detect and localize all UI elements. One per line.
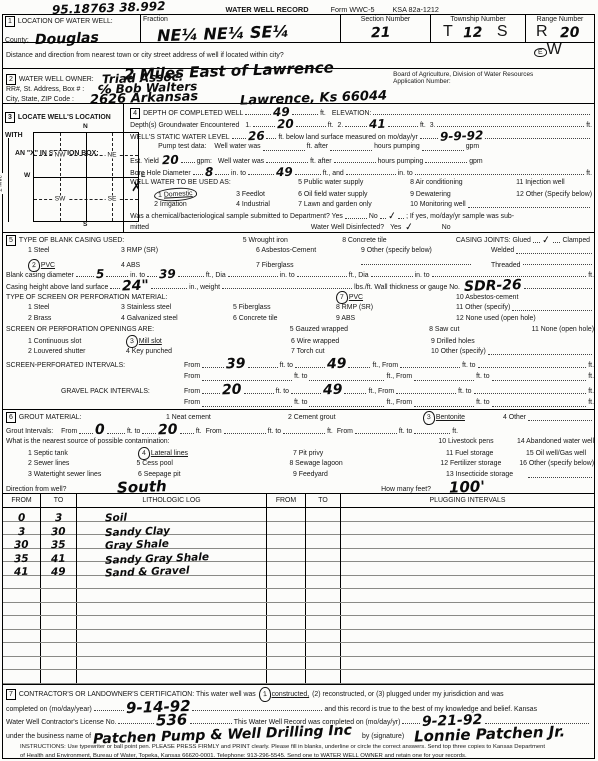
openings-title: SCREEN OR PERFORATION OPENINGS ARE:	[6, 324, 290, 335]
use-row-1: WELL WATER TO BE USED AS: 5 Public water…	[127, 177, 592, 188]
gravel-interval-to: 49	[323, 384, 343, 398]
owner-block: 2WATER WELL OWNER: Triad Assoc. RR#, St.…	[3, 69, 390, 103]
table-row-empty	[3, 616, 594, 630]
signature-label: by (signature)	[362, 729, 404, 744]
screen-selected-circle: 7	[336, 291, 349, 305]
grout-selected-number: 3	[427, 414, 431, 421]
form-header: 95.18763 38.992 WATER WELL RECORD Form W…	[0, 1, 598, 14]
quadrant-divider-horizontal	[34, 177, 138, 178]
section-number-value: 21	[371, 25, 391, 42]
section-3-4: 3LOCATE WELL'S LOCATION WITH AN "X" IN S…	[3, 104, 594, 233]
distance-row: Distance and direction from nearest town…	[3, 42, 594, 68]
option-item: 4 Key punched	[126, 346, 291, 357]
litho-from: 41	[14, 567, 29, 579]
table-row-empty	[3, 630, 594, 644]
height-value: 24"	[122, 280, 149, 293]
quadrant-nw: NW	[53, 152, 68, 159]
distance-label: Distance and direction from nearest town…	[6, 52, 284, 59]
section-1-number: 1	[5, 16, 15, 27]
screen-selected-name: PVC	[349, 294, 363, 301]
contamination-label: What is the nearest source of possible c…	[6, 436, 438, 447]
litho-from: 35	[14, 553, 29, 565]
option-item: 4 Industrial	[236, 199, 298, 210]
sample-post-2: mitted	[130, 222, 149, 233]
section-7-certification: 7CONTRACTOR'S OR LANDOWNER'S CERTIFICATI…	[3, 685, 594, 761]
township-suffix: S	[497, 23, 508, 40]
openings-selected-name: Mill slot	[139, 338, 162, 345]
disinfected-yes-label: Yes	[390, 222, 401, 233]
table-row: 0 3 Soil	[3, 508, 594, 522]
ft-to-label: ft. to	[294, 396, 307, 409]
use-selected-name: Domestic	[164, 190, 193, 198]
table-row: 35 41 Sandy Gray Shale	[3, 549, 594, 563]
ft-end-label: ft.	[588, 396, 594, 409]
agency-block: Board of Agriculture, Division of Water …	[390, 69, 594, 103]
contamination-header-line: What is the nearest source of possible c…	[3, 436, 594, 447]
diameter-value: 5	[96, 268, 105, 280]
option-item: 2 Louvered shutter	[28, 346, 126, 357]
grout-material-line: 6GROUT MATERIAL: 1 Neat cement 2 Cement …	[3, 411, 594, 423]
option-item: 10 Livestock pens	[438, 436, 517, 447]
section-box-diagram: N W E S NW NE SW SE ✗	[33, 132, 139, 222]
disinfected-yes-check: ✓	[405, 221, 415, 233]
table-row: 30 35 Gray Shale	[3, 535, 594, 549]
casing-row-2: 1 Steel 3 RMP (SR) 6 Asbestos-Cement 9 O…	[3, 245, 594, 256]
column-header-from-2: FROM	[267, 494, 306, 507]
contamination-row-1: 1 Septic tank 4Lateral lines 7 Pit privy…	[3, 447, 594, 458]
disinfected-no-label: No	[442, 222, 451, 233]
option-item: 1 Steel	[28, 245, 121, 256]
option-item: 6 Concrete tile	[233, 313, 336, 324]
certification-line-1: 7CONTRACTOR'S OR LANDOWNER'S CERTIFICATI…	[6, 687, 591, 700]
screen-interval-to: 49	[327, 358, 347, 372]
section-number-label: Section Number	[343, 16, 428, 23]
compass-west: W	[24, 172, 30, 179]
column-header-from: FROM	[3, 494, 41, 507]
table-row-empty	[3, 576, 594, 590]
screen-intervals-label: SCREEN-PERFORATED INTERVALS:	[6, 359, 184, 372]
option-item: 8 Saw cut	[429, 324, 532, 335]
section-square: NW NE SW SE ✗	[33, 132, 139, 222]
range-cell: Range Number R 20 EW	[525, 15, 594, 42]
instructions-line-2: of Health and Environment, Bureau of Wat…	[20, 753, 467, 759]
mile-label: 1 Mile	[0, 173, 4, 194]
option-item: 6 Asbestos-Cement	[256, 245, 361, 256]
disinfected-line: mitted Water Well Disinfected? Yes ✓ No	[127, 221, 592, 232]
direction-line: Direction from well? South How many feet…	[3, 480, 594, 493]
litho-to: 30	[51, 526, 66, 538]
option-item: 8 RMP (SR)	[336, 302, 456, 313]
contamination-selected-name: Lateral lines	[151, 450, 188, 457]
pump-test-line: Pump test data: Well water was ft. after…	[127, 141, 592, 153]
contamination-selected-circle: 4	[138, 447, 151, 461]
contamination-row-2: 2 Sewer lines 5 Cess pool 8 Sewage lagoo…	[3, 458, 594, 469]
table-row: 3 30 Sandy Clay	[3, 522, 594, 536]
use-selected-number: 1	[158, 192, 162, 199]
section-6-number: 6	[6, 412, 16, 423]
option-item: 9 Feedyard	[293, 469, 446, 480]
ft-to-label: ft. to	[276, 385, 289, 398]
litho-description: Sandy Clay	[105, 525, 170, 538]
township-cell: Township Number T 12 S	[430, 15, 525, 42]
form-statute: KSA 82a-1212	[393, 5, 439, 14]
screen-interval-line-1: SCREEN-PERFORATED INTERVALS: From 39 ft.…	[3, 357, 594, 370]
litho-to: 35	[51, 540, 66, 552]
column-header-plugging-intervals: PLUGGING INTERVALS	[341, 494, 594, 507]
litho-from: 3	[18, 526, 26, 537]
option-item: 11 Injection well	[516, 177, 565, 188]
column-header-lithologic-log: LITHOLOGIC LOG	[77, 494, 267, 507]
litho-description: Gray Shale	[105, 539, 169, 552]
constructed-label: constructed,	[272, 688, 310, 701]
table-header: FROM TO LITHOLOGIC LOG FROM TO PLUGGING …	[3, 494, 594, 508]
openings-selected-circle: 3	[126, 335, 139, 349]
ft-to-label: ft. to	[476, 396, 489, 409]
option-item: 2 Cement grout	[288, 412, 423, 424]
ft-from-label: ft., From	[386, 396, 412, 409]
column-header-to-2: TO	[306, 494, 341, 507]
casing-selected-name: PVC	[41, 262, 55, 269]
section-4-depth: 4DEPTH OF COMPLETED WELL 49 ft. ELEVATIO…	[124, 104, 594, 232]
certification-pre: CONTRACTOR'S OR LANDOWNER'S CERTIFICATIO…	[19, 691, 256, 698]
completed-on-label: completed on (mo/day/year)	[6, 703, 92, 716]
depth-label: DEPTH OF COMPLETED WELL	[143, 110, 243, 117]
section-2-number: 2	[6, 74, 16, 85]
grout-other-label: 4 Other	[503, 412, 526, 424]
sample-post: ; If yes, mo/day/yr sample was sub-	[406, 211, 514, 222]
table-row-empty	[3, 603, 594, 617]
owner-label: WATER WELL OWNER:	[19, 76, 94, 83]
compass-east: E	[141, 172, 145, 179]
litho-to: 3	[55, 513, 63, 524]
option-item: 7 Lawn and garden only	[298, 199, 410, 210]
range-prefix: R	[536, 23, 548, 40]
option-item: 1 Steel	[28, 302, 121, 313]
well-x-mark: ✗	[131, 180, 142, 195]
depth-line: 4DEPTH OF COMPLETED WELL 49 ft. ELEVATIO…	[127, 105, 592, 117]
city-label: City, State, ZIP Code :	[6, 96, 74, 103]
quadrant-se: SE	[106, 196, 119, 203]
joints-welded-label: Welded	[491, 245, 514, 256]
ft-from-label: ft., From	[386, 370, 412, 383]
gw-depth-2: 41	[369, 118, 386, 131]
casing-selected-number: 2	[32, 262, 36, 269]
litho-to: 49	[51, 567, 66, 579]
signature-value: Lonnie Patchen Jr.	[414, 724, 566, 744]
pump-after-label: ft. after	[307, 141, 328, 153]
use-row-3: 2 Irrigation 4 Industrial 7 Lawn and gar…	[127, 199, 592, 210]
gravel-pack-label: GRAVEL PACK INTERVALS:	[6, 385, 184, 398]
diameter-depth-value: 39	[159, 268, 176, 281]
grout-intervals-line: Grout Intervals: From 0 ft. to 20 ft. Fr…	[3, 423, 594, 436]
from-label: From	[184, 396, 200, 409]
option-item: 11 Other (specify)	[456, 302, 510, 313]
quadrant-sw: SW	[53, 196, 68, 203]
form-body: 1LOCATION OF WATER WELL: County: Douglas…	[2, 14, 595, 759]
ft-to-label: ft. to	[280, 359, 293, 372]
openings-row-1: 1 Continuous slot 3Mill slot 6 Wire wrap…	[3, 335, 594, 346]
ft-to-label: ft. to	[294, 370, 307, 383]
fraction-cell: Fraction NE¼ NE¼ SE¼	[140, 15, 340, 42]
township-label: Township Number	[433, 16, 523, 23]
pump-hours-label: hours pumping	[374, 141, 420, 153]
mile-scale: 1 Mile	[5, 134, 13, 226]
from-label: From	[184, 370, 200, 383]
gravel-interval-from: 20	[222, 384, 242, 398]
option-item: 5 Gauzed wrapped	[290, 324, 429, 335]
option-item: 7 Torch cut	[291, 346, 431, 357]
ft-end-label: ft.	[588, 370, 594, 383]
bore-diameter-value: 8	[204, 166, 213, 178]
gw-2: 2.	[338, 120, 344, 132]
table-row-empty	[3, 589, 594, 603]
section-4-number: 4	[130, 108, 140, 119]
range-value: 20	[560, 25, 580, 42]
compass-south: S	[83, 221, 87, 228]
option-item: 1 Neat cement	[166, 412, 288, 424]
option-item: 5 Public water supply	[298, 177, 410, 188]
diameter-label: Blank casing diameter	[6, 270, 74, 282]
option-item: 9 ABS	[336, 313, 456, 324]
lithologic-table: FROM TO LITHOLOGIC LOG FROM TO PLUGGING …	[3, 494, 594, 685]
gravel-interval-line-1: GRAVEL PACK INTERVALS: From 20 ft. to 49…	[3, 383, 594, 396]
gauge-value: SDR-26	[464, 279, 522, 293]
openings-selected-number: 3	[130, 338, 134, 345]
application-number-label: Application Number:	[393, 78, 451, 85]
address-label: RR#, St. Address, Box # :	[6, 86, 84, 93]
county-cell: 1LOCATION OF WATER WELL: County: Douglas	[3, 15, 140, 42]
litho-to: 41	[51, 553, 66, 565]
section-1-title: LOCATION OF WATER WELL:	[18, 18, 113, 25]
license-number: 536	[156, 713, 188, 727]
section-5-casing: 5TYPE OF BLANK CASING USED: 5 Wrought ir…	[3, 233, 594, 410]
option-item: 3 Stainless steel	[121, 302, 233, 313]
certification-line-2: completed on (mo/day/year) 9-14-92 and t…	[6, 700, 591, 713]
bore-ft2-label: ft.	[586, 168, 592, 180]
table-row-empty	[3, 643, 594, 657]
grout-selected-name: Bentonite	[436, 414, 465, 421]
constructed-number: 1	[263, 690, 267, 697]
diameter-into-3: in. to	[415, 270, 430, 282]
township-prefix: T	[443, 23, 452, 40]
table-row-empty	[3, 657, 594, 671]
casing-height-line: Casing height above land surface 24" in.…	[3, 279, 594, 291]
section-2-owner: 2WATER WELL OWNER: Triad Assoc. RR#, St.…	[3, 69, 594, 104]
option-item: 8 Air conditioning	[410, 177, 516, 188]
license-label: Water Well Contractor's License No.	[6, 716, 116, 729]
litho-from: 30	[14, 540, 29, 552]
section-3-location-box: 3LOCATE WELL'S LOCATION WITH AN "X" IN S…	[3, 104, 124, 232]
litho-from: 0	[18, 513, 26, 524]
screen-material-row-2: 2 Brass 4 Galvanized steel 6 Concrete ti…	[3, 313, 594, 324]
yield-value: 20	[162, 154, 179, 167]
feet-value: 100'	[449, 480, 485, 494]
pump-test-label: Pump test data:	[158, 141, 206, 153]
option-item: 12 None used (open hole)	[456, 313, 536, 324]
option-item: 2 Brass	[28, 313, 121, 324]
swl-date: 9-9-92	[440, 129, 484, 143]
use-label: WELL WATER TO BE USED AS:	[130, 177, 298, 188]
yield-line: Est. Yield 20 gpm: Well water was ft. af…	[127, 153, 592, 165]
sample-line: Was a chemical/bacteriological sample su…	[127, 210, 592, 221]
certification-mid: (2) reconstructed, or (3) plugged under …	[312, 688, 504, 701]
sample-question: Was a chemical/bacteriological sample su…	[130, 211, 343, 222]
contamination-row-3: 3 Watertight sewer lines 6 Seepage pit 9…	[3, 469, 594, 480]
section-1-location: 1LOCATION OF WATER WELL: County: Douglas…	[3, 15, 594, 69]
ft-to-label-2: ft. to	[462, 359, 475, 372]
ft-to-label: ft. to	[458, 385, 471, 398]
option-item: 12 Fertilizer storage	[440, 458, 519, 469]
column-header-to: TO	[41, 494, 77, 507]
sample-no-check: ✓	[387, 210, 397, 222]
option-item: 5 Cess pool	[137, 458, 290, 469]
fraction-label: Fraction	[143, 16, 338, 23]
water-well-record-form: 95.18763 38.992 WATER WELL RECORD Form W…	[0, 0, 598, 761]
table-row-empty	[3, 670, 594, 684]
sample-no-label: No	[369, 211, 378, 222]
option-item: 14 Abandoned water well	[517, 436, 594, 447]
quadrant-ne: NE	[105, 152, 118, 159]
joints-glued-check: ✓	[542, 234, 552, 246]
swl-value: 26	[247, 130, 264, 143]
screen-material-row-1: 1 Steel 3 Stainless steel 5 Fiberglass 8…	[3, 302, 594, 313]
form-number: Form WWC-5	[331, 5, 375, 14]
direction-value: South	[116, 480, 166, 495]
constructed-circle: 1	[258, 686, 271, 702]
openings-row-0: SCREEN OR PERFORATION OPENINGS ARE: 5 Ga…	[3, 324, 594, 335]
section-number-cell: Section Number 21	[340, 15, 430, 42]
option-item: 2 Sewer lines	[28, 458, 137, 469]
openings-row-2: 2 Louvered shutter 4 Key punched 7 Torch…	[3, 346, 594, 357]
option-item: 4 Galvanized steel	[121, 313, 233, 324]
casing-row-3: 2PVC 4 ABS 7 Fiberglass Threaded	[3, 256, 594, 267]
section-5-number: 5	[6, 235, 16, 246]
grout-title: GROUT MATERIAL:	[19, 414, 82, 421]
option-item: 9 Other (specify below)	[361, 245, 491, 256]
option-item: 10 Other (specify)	[431, 346, 486, 357]
grout-interval-to: 20	[158, 424, 178, 438]
form-title: WATER WELL RECORD	[226, 5, 309, 14]
bore-hole-line: Bore Hole Diameter 8 in. to 49 ft., and …	[127, 165, 592, 177]
screen-interval-from: 39	[226, 358, 246, 372]
option-item: 16 Other (specify below)	[519, 458, 594, 469]
pump-gpm-label: gpm	[466, 141, 479, 153]
option-item: 10 Monitoring well	[410, 199, 466, 210]
option-item: 5 Fiberglass	[233, 302, 336, 313]
contamination-selected-number: 4	[142, 450, 146, 457]
casing-title: TYPE OF BLANK CASING USED:	[19, 237, 124, 244]
table-row: 41 49 Sand & Gravel	[3, 562, 594, 576]
casing-row-1: 5TYPE OF BLANK CASING USED: 5 Wrought ir…	[3, 234, 594, 245]
screen-selected-number: 7	[340, 294, 344, 301]
disinfected-question: Water Well Disinfected?	[311, 222, 384, 233]
grout-selected-circle: 3	[423, 411, 436, 426]
board-label: Board of Agriculture, Division of Water …	[393, 71, 533, 78]
bore-depth-value: 49	[276, 166, 293, 179]
option-item: 11 None (open hole)	[532, 324, 594, 335]
compass-north: N	[83, 123, 88, 130]
litho-description: Soil	[105, 513, 127, 525]
section-6-grout: 6GROUT MATERIAL: 1 Neat cement 2 Cement …	[3, 410, 594, 494]
grout-interval-from: 0	[95, 424, 105, 437]
section-7-number: 7	[6, 689, 16, 700]
range-label: Range Number	[528, 16, 592, 23]
use-row-2: 1Domestic 3 Feedlot 6 Oil field water su…	[127, 188, 592, 199]
gw-depth-1: 20	[277, 118, 294, 131]
ft-to-label: ft. to	[476, 370, 489, 383]
business-name-label: under the business name of	[6, 729, 91, 744]
option-item: 8 Sewage lagoon	[289, 458, 440, 469]
section-3-number: 3	[5, 112, 15, 123]
option-item: 3 RMP (SR)	[121, 245, 256, 256]
groundwater-label: Depth(s) Groundwater Encountered	[130, 120, 239, 132]
location-row: 1LOCATION OF WATER WELL: County: Douglas…	[3, 15, 594, 42]
gw-unit-1: ft.	[328, 120, 334, 132]
casing-selected-circle: 2	[28, 259, 41, 273]
township-value: 12	[463, 25, 483, 42]
